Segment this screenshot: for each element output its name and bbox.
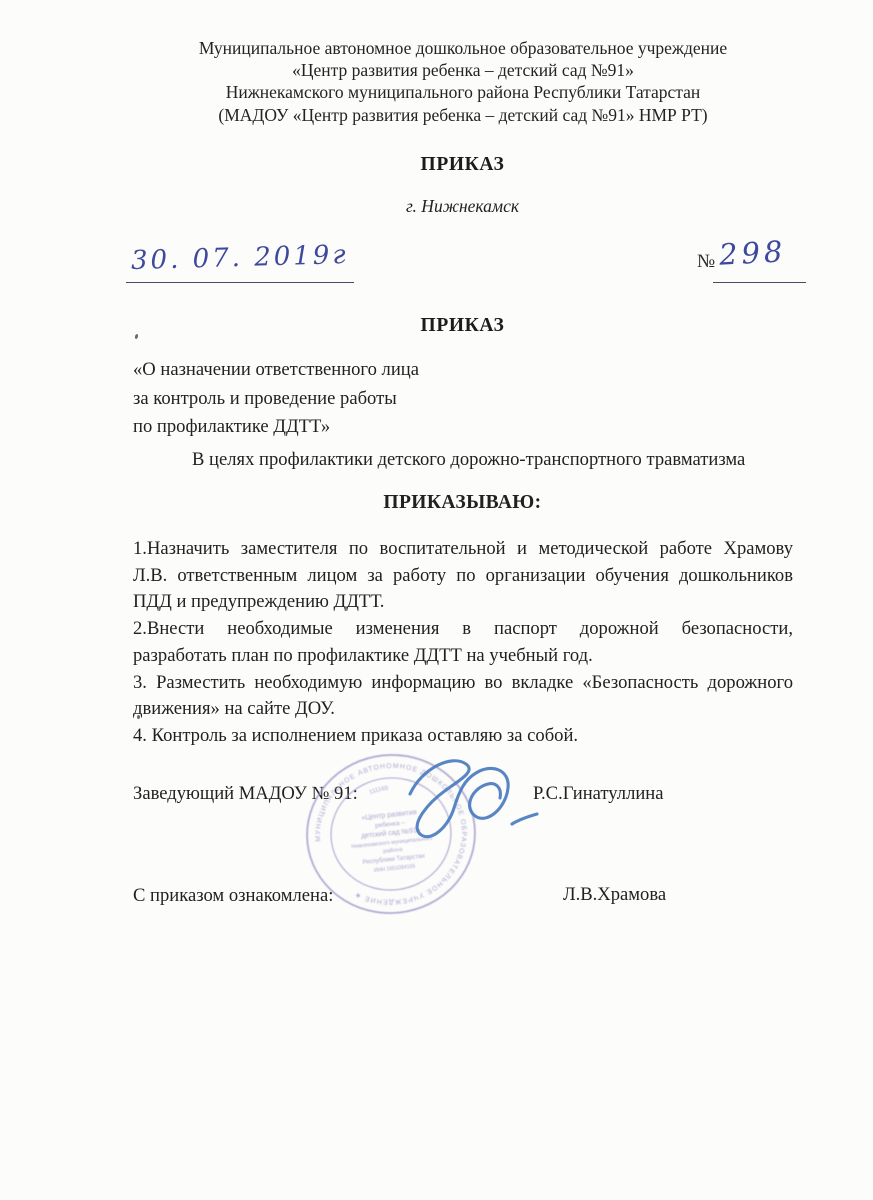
org-header-line: «Центр развития ребенка – детский сад №9… [103, 59, 823, 81]
subject-line: по профилактике ДДТТ» [133, 413, 792, 442]
order-subject: «О назначении ответственного лица за кон… [133, 356, 792, 442]
org-header: Муниципальное автономное дошкольное обра… [103, 37, 823, 126]
body-line: разработать план по профилактике ДДТТ на… [133, 643, 793, 670]
director-signature-ink [398, 750, 540, 852]
acknowledged-by-name: Л.В.Храмова [563, 884, 666, 906]
org-header-line: Нижнекамского муниципального района Респ… [103, 81, 823, 103]
handwritten-date: 30. 07. 2019г [131, 240, 349, 276]
body-line: движения» на сайте ДОУ. [133, 696, 793, 723]
body-line: 3. Разместить необходимую информацию во … [133, 670, 793, 697]
scanned-order-document: Муниципальное автономное дошкольное обра… [0, 0, 873, 1200]
handwritten-number: 298 [718, 234, 787, 271]
subject-line: за контроль и проведение работы [133, 385, 792, 414]
number-sign: № [697, 251, 715, 273]
director-name: Р.С.Гинатуллина [533, 783, 664, 805]
stamp-center-line: Республики Татарстан [362, 854, 425, 866]
acknowledgement-label: С приказом ознакомлена: [133, 885, 333, 907]
scan-speck [134, 334, 138, 340]
order-heading-top: ПРИКАЗ [133, 154, 792, 176]
resolution-heading: ПРИКАЗЫВАЮ: [133, 492, 792, 514]
city-line: г. Нижнекамск [133, 196, 792, 217]
intro-paragraph: В целях профилактики детского дорожно-тр… [133, 449, 792, 471]
body-line: ПДД и предупреждению ДДТТ. [133, 589, 793, 616]
org-header-line: Муниципальное автономное дошкольное обра… [103, 37, 823, 59]
body-line: 2.Внести необходимые изменения в паспорт… [133, 616, 793, 643]
svg-text:111165: 111165 [368, 786, 389, 797]
order-body: 1.Назначить заместителя по воспитательно… [133, 536, 793, 750]
number-underline [713, 282, 806, 283]
stamp-center-line: ИНН 1651084165 [374, 864, 416, 874]
body-line: 1.Назначить заместителя по воспитательно… [133, 536, 793, 563]
date-underline [126, 282, 354, 283]
order-title: ПРИКАЗ [133, 315, 792, 337]
subject-line: «О назначении ответственного лица [133, 356, 792, 385]
stamp-top-digits: 111165 [368, 786, 389, 797]
org-header-line: (МАДОУ «Центр развития ребенка – детский… [103, 104, 823, 126]
body-line: Л.В. ответственным лицом за работу по ор… [133, 563, 793, 590]
